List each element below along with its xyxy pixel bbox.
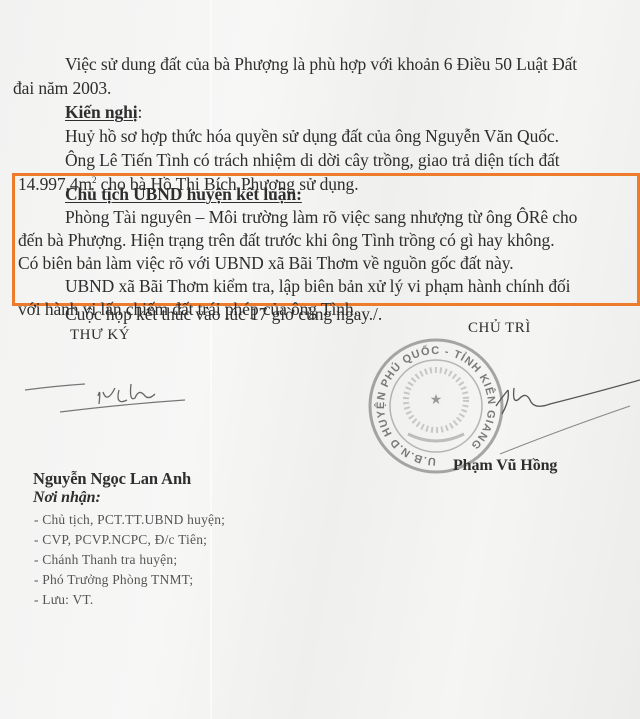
chair-name-text: Phạm Vũ Hồng [453, 457, 557, 474]
recipient-item: - Lưu: VT. [34, 590, 93, 610]
recipient-item: - Chánh Thanh tra huyện; [34, 550, 177, 570]
recipient-item: - CVP, PCVP.NCPC, Đ/c Tiên; [34, 530, 207, 550]
recipient-item: - Chủ tịch, PCT.TT.UBND huyện; [34, 510, 225, 530]
recommendation-heading-colon: : [138, 102, 143, 122]
secretary-title: THƯ KÝ [70, 325, 130, 345]
conclusion-line-3: Có biên bản làm việc rõ với UBND xã Bãi … [18, 253, 514, 273]
recipient-item: - Phó Trưởng Phòng TNMT; [34, 570, 193, 590]
conclusion-heading: Chủ tịch UBND huyện kết luận: [65, 184, 302, 204]
chair-name: Phạm Vũ Hồng [453, 456, 557, 476]
closing-line: Cuộc họp kết thúc vào lúc 17 giờ cùng ng… [65, 304, 382, 324]
secretary-name: Nguyễn Ngọc Lan Anh [33, 469, 191, 489]
chair-signature [490, 370, 640, 460]
paragraph-land-use-line-2: đai năm 2003. [13, 78, 111, 98]
conclusion-line-2: đến bà Phượng. Hiện trạng trên đất trước… [18, 230, 554, 250]
conclusion-line-4: UBND xã Bãi Thơm kiểm tra, lập biên bản … [65, 276, 570, 296]
conclusion-line-1: Phòng Tài nguyên – Môi trường làm rõ việ… [65, 207, 577, 227]
conclusion-heading-text: Chủ tịch UBND huyện kết luận: [65, 184, 302, 204]
chair-title: CHỦ TRÌ [468, 318, 531, 338]
recommendation-heading: Kiến nghị: [65, 102, 142, 122]
paper-fold-crease [210, 0, 212, 719]
recommendation-heading-text: Kiến nghị [65, 102, 138, 122]
recommendation-line-2: Ông Lê Tiến Tình có trách nhiệm di dời c… [65, 150, 560, 170]
paragraph-land-use-line-1: Việc sử dung đất của bà Phượng là phù hợ… [65, 54, 577, 74]
secretary-signature [15, 378, 215, 428]
recipients-heading: Nơi nhận: [33, 488, 101, 508]
recommendation-line-1: Huỷ hồ sơ hợp thức hóa quyền sử dụng đất… [65, 126, 559, 146]
svg-text:★: ★ [430, 391, 443, 407]
